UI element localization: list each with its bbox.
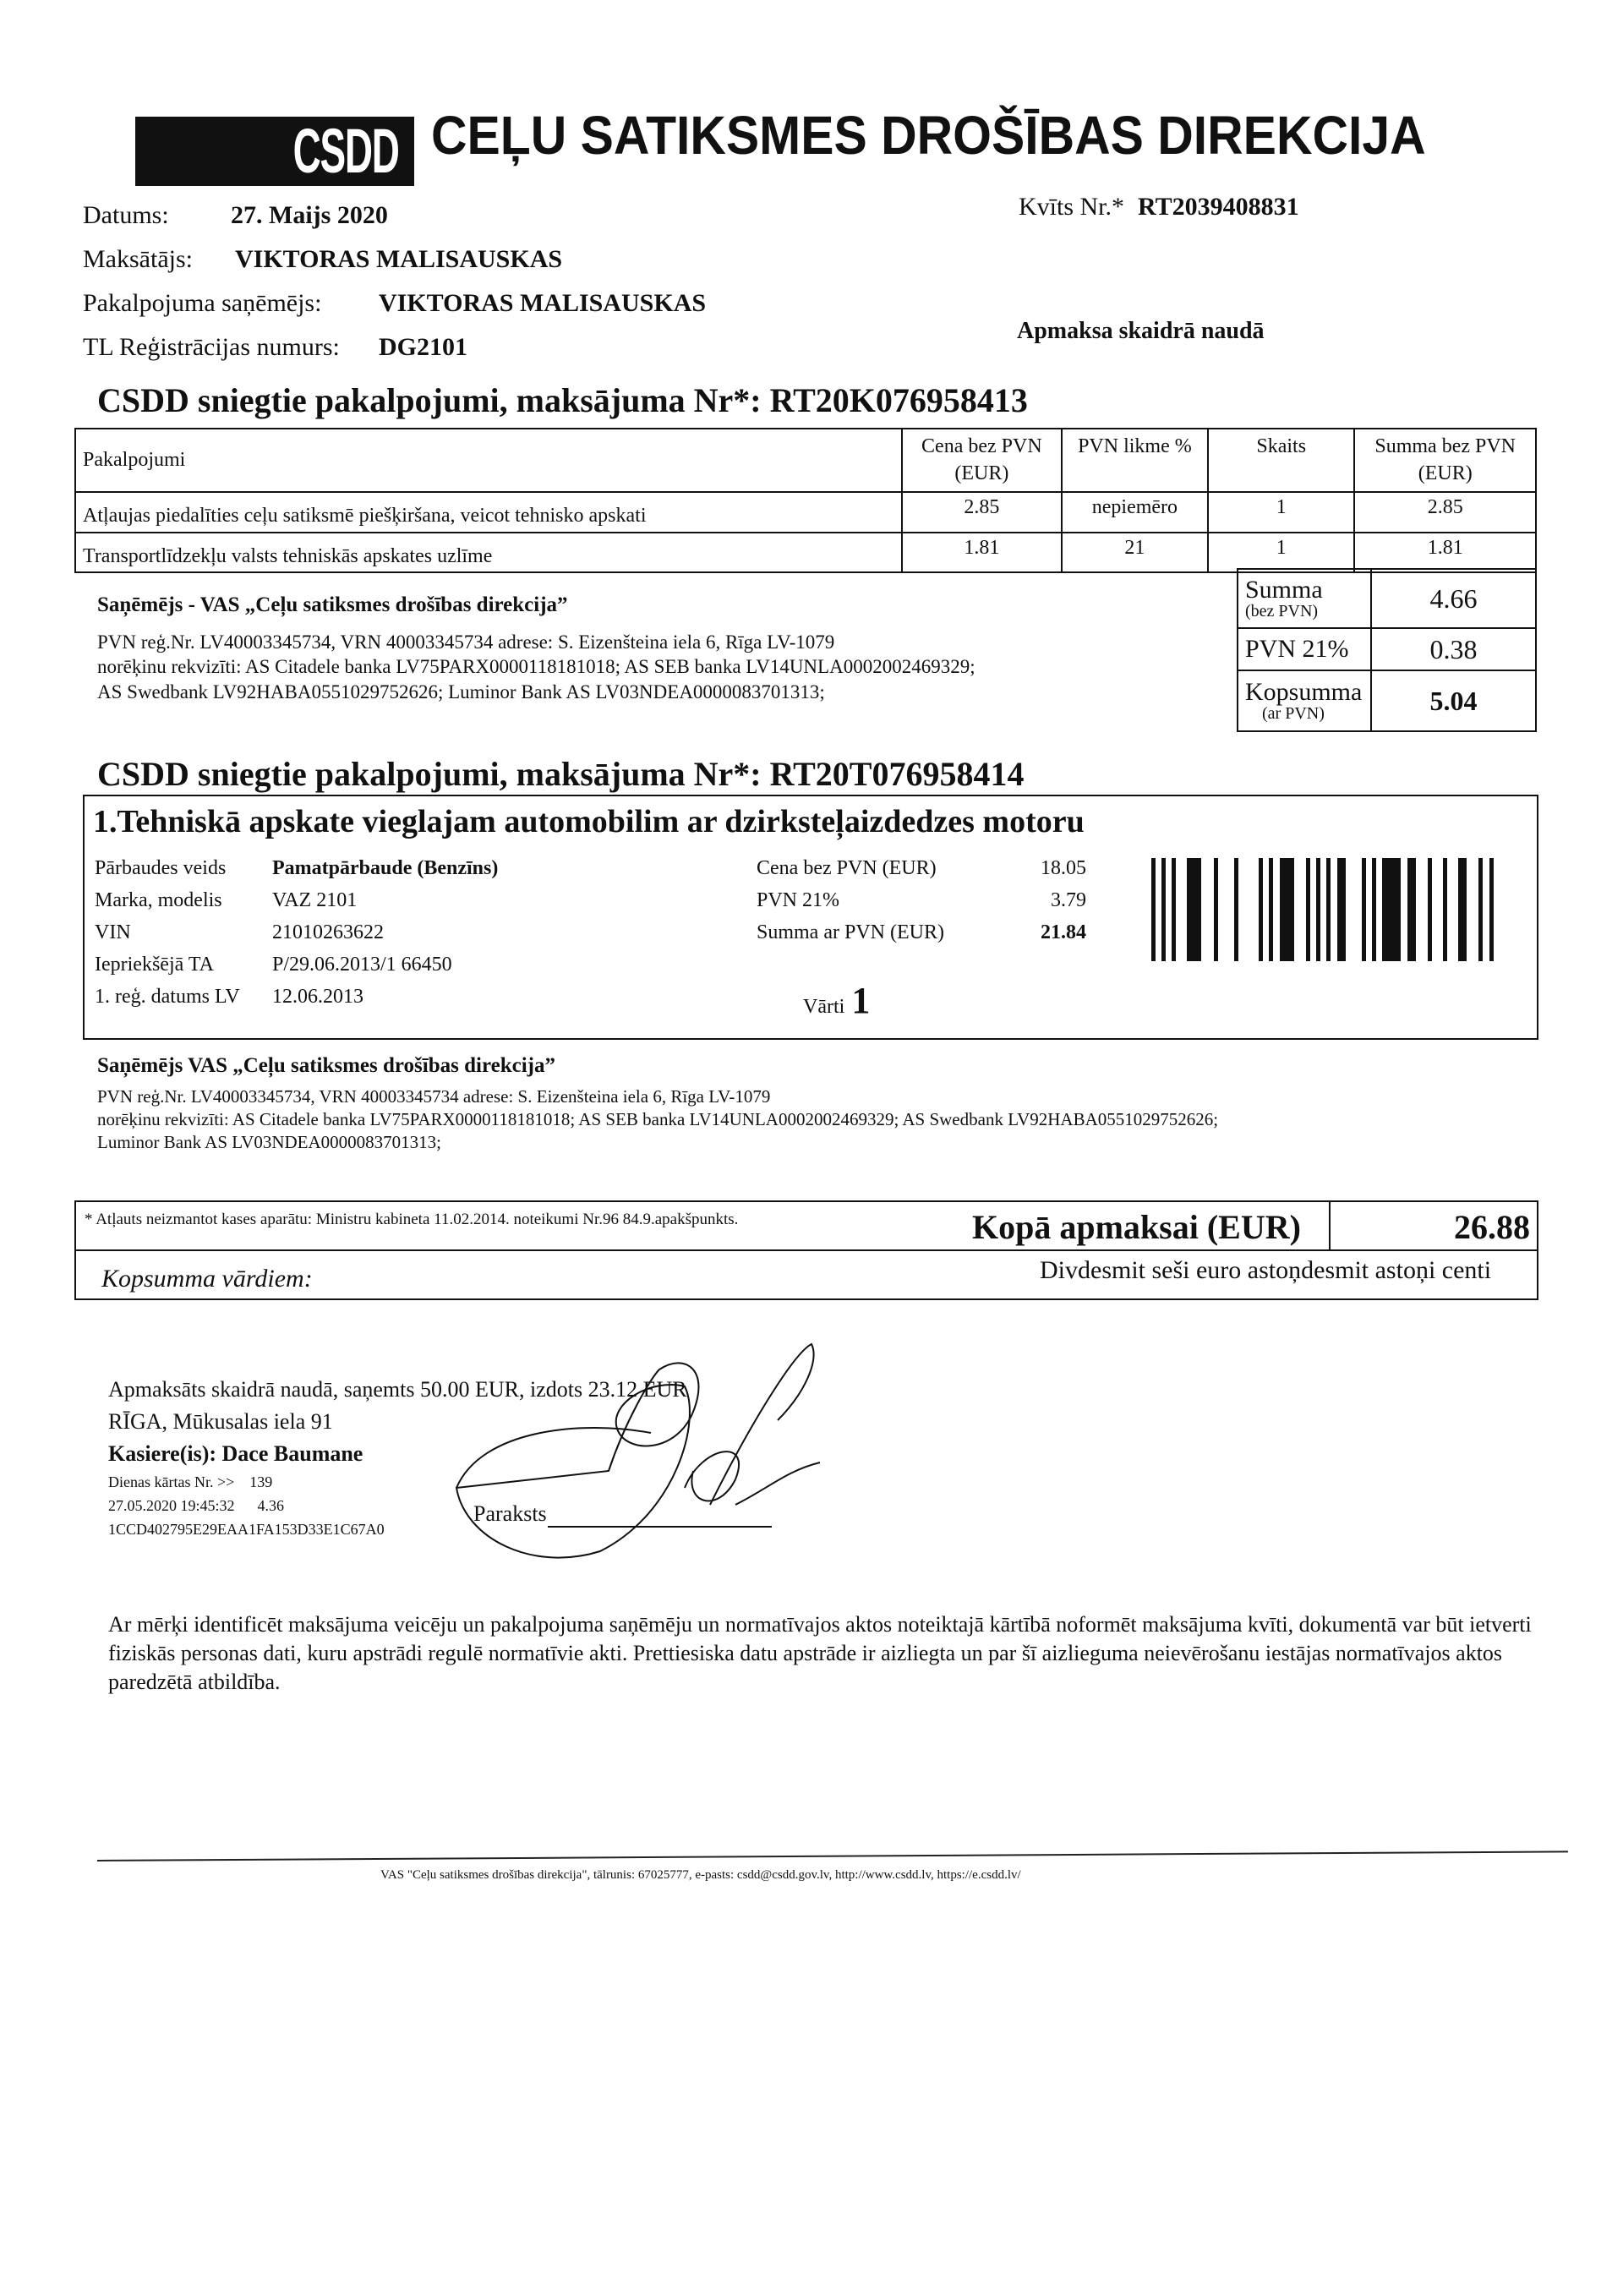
footer-divider xyxy=(97,1850,1568,1861)
service-qty: 1 xyxy=(1208,492,1354,533)
divider xyxy=(1329,1200,1331,1251)
table-header-row: Pakalpojumi Cena bez PVN (EUR) PVN likme… xyxy=(75,429,1536,492)
org-title: CEĻU SATIKSMES DROŠĪBAS DIREKCIJA xyxy=(431,108,1426,162)
sum-value: 4.66 xyxy=(1371,569,1536,628)
recipient-title: Saņēmējs - VAS „Ceļu satiksmes drošības … xyxy=(97,592,1213,620)
total-label: Kopsumma(ar PVN) xyxy=(1238,670,1371,731)
footer-contacts: VAS "Ceļu satiksmes drošības direkcija",… xyxy=(380,1868,1021,1883)
table-row: Transportlīdzekļu valsts tehniskās apska… xyxy=(75,533,1536,572)
col-header: Cena bez PVN (EUR) xyxy=(902,429,1062,492)
recipient-line: norēķinu rekvizīti: AS Citadele banka LV… xyxy=(97,654,1213,680)
grand-total-label: Kopā apmaksai (EUR) xyxy=(972,1207,1301,1247)
inspection-title: 1.Tehniskā apskate vieglajam automobilim… xyxy=(93,803,1085,840)
signature-label: Paraksts xyxy=(473,1501,547,1527)
recipient-line: PVN reģ.Nr. LV40003345734, VRN 400033457… xyxy=(97,1085,1467,1108)
cash-register-note: * Atļauts neizmantot kases aparātu: Mini… xyxy=(85,1211,738,1229)
field-row: VIN21010263622 xyxy=(95,916,498,948)
signature-icon xyxy=(431,1319,837,1572)
service-vat-rate: 21 xyxy=(1062,533,1208,572)
section1-recipient: Saņēmējs - VAS „Ceļu satiksmes drošības … xyxy=(97,592,1213,705)
date-value: 27. Maijs 2020 xyxy=(231,201,388,230)
recipient-line: norēķinu rekvizīti: AS Citadele banka LV… xyxy=(97,1108,1467,1131)
service-qty: 1 xyxy=(1208,533,1354,572)
section2-title: CSDD sniegtie pakalpojumi, maksājuma Nr*… xyxy=(97,754,1024,794)
section2-recipient: Saņēmējs VAS „Ceļu satiksmes drošības di… xyxy=(97,1052,1467,1154)
inspection-prices: Cena bez PVN (EUR)18.05 PVN 21%3.79 Summ… xyxy=(757,852,1086,948)
receiver-label: Pakalpojuma saņēmējs: xyxy=(83,289,379,318)
sum-label: Summa(bez PVN) xyxy=(1238,569,1371,628)
section1-title: CSDD sniegtie pakalpojumi, maksājuma Nr*… xyxy=(97,380,1028,420)
receipt-label: Kvīts Nr.* xyxy=(1019,193,1124,221)
service-price: 1.81 xyxy=(902,533,1062,572)
price-row: Summa ar PVN (EUR)21.84 xyxy=(757,916,1086,948)
inspection-fields: Pārbaudes veidsPamatpārbaude (Benzīns) M… xyxy=(95,852,498,1013)
service-sum: 1.81 xyxy=(1354,533,1536,572)
total-in-words-label: Kopsumma vārdiem: xyxy=(101,1265,313,1293)
col-header: Pakalpojumi xyxy=(75,429,902,492)
price-row: PVN 21%3.79 xyxy=(757,884,1086,916)
payment-method: Apmaksa skaidrā naudā xyxy=(1017,318,1265,345)
recipient-line: AS Swedbank LV92HABA0551029752626; Lumin… xyxy=(97,680,1213,705)
field-row: Iepriekšējā TAP/29.06.2013/1 66450 xyxy=(95,948,498,981)
receiver-value: VIKTORAS MALISAUSKAS xyxy=(379,289,706,318)
receipt-number: Kvīts Nr.* RT2039408831 xyxy=(1019,193,1299,221)
vat-label: PVN 21% xyxy=(1238,628,1371,670)
data-processing-notice: Ar mērķi identificēt maksājuma veicēju u… xyxy=(108,1610,1545,1697)
service-sum: 2.85 xyxy=(1354,492,1536,533)
table-row: Atļaujas piedalīties ceļu satiksmē piešķ… xyxy=(75,492,1536,533)
grand-total-value: 26.88 xyxy=(1386,1207,1530,1247)
col-header: Summa bez PVN (EUR) xyxy=(1354,429,1536,492)
service-vat-rate: nepiemēro xyxy=(1062,492,1208,533)
reg-value: DG2101 xyxy=(379,333,467,362)
vat-value: 0.38 xyxy=(1371,628,1536,670)
recipient-title: Saņēmējs VAS „Ceļu satiksmes drošības di… xyxy=(97,1052,1467,1080)
divider xyxy=(74,1249,1538,1251)
col-header: PVN likme % xyxy=(1062,429,1208,492)
payer-label: Maksātājs: xyxy=(83,245,235,274)
reg-label: TL Reģistrācijas numurs: xyxy=(83,333,379,362)
services-table: Pakalpojumi Cena bez PVN (EUR) PVN likme… xyxy=(74,428,1537,573)
field-row: Pārbaudes veidsPamatpārbaude (Benzīns) xyxy=(95,852,498,884)
receipt-value: RT2039408831 xyxy=(1138,193,1299,221)
barcode-icon xyxy=(1151,858,1498,961)
service-price: 2.85 xyxy=(902,492,1062,533)
service-name: Transportlīdzekļu valsts tehniskās apska… xyxy=(75,533,902,572)
meta-block: Datums: 27. Maijs 2020 Maksātājs: VIKTOR… xyxy=(83,201,706,377)
col-header: Skaits xyxy=(1208,429,1354,492)
payer-value: VIKTORAS MALISAUSKAS xyxy=(235,245,562,274)
total-value: 5.04 xyxy=(1371,670,1536,731)
gate-label: Vārti xyxy=(803,996,844,1018)
logo-text: CSDD xyxy=(293,120,399,183)
total-in-words-value: Divdesmit seši euro astoņdesmit astoņi c… xyxy=(1040,1256,1491,1285)
field-row: Marka, modelisVAZ 2101 xyxy=(95,884,498,916)
date-label: Datums: xyxy=(83,201,231,230)
recipient-line: PVN reģ.Nr. LV40003345734, VRN 400033457… xyxy=(97,630,1213,655)
price-row: Cena bez PVN (EUR)18.05 xyxy=(757,852,1086,884)
signature-line xyxy=(548,1526,772,1528)
csdd-logo: CSDD xyxy=(135,117,414,186)
section1-totals: Summa(bez PVN) 4.66 PVN 21% 0.38 Kopsumm… xyxy=(1237,568,1537,732)
service-name: Atļaujas piedalīties ceļu satiksmē piešķ… xyxy=(75,492,902,533)
field-row: 1. reģ. datums LV12.06.2013 xyxy=(95,981,498,1013)
gate-value: 1 xyxy=(851,980,870,1021)
recipient-line: Luminor Bank AS LV03NDEA0000083701313; xyxy=(97,1131,1467,1154)
gate: Vārti1 xyxy=(803,979,870,1022)
